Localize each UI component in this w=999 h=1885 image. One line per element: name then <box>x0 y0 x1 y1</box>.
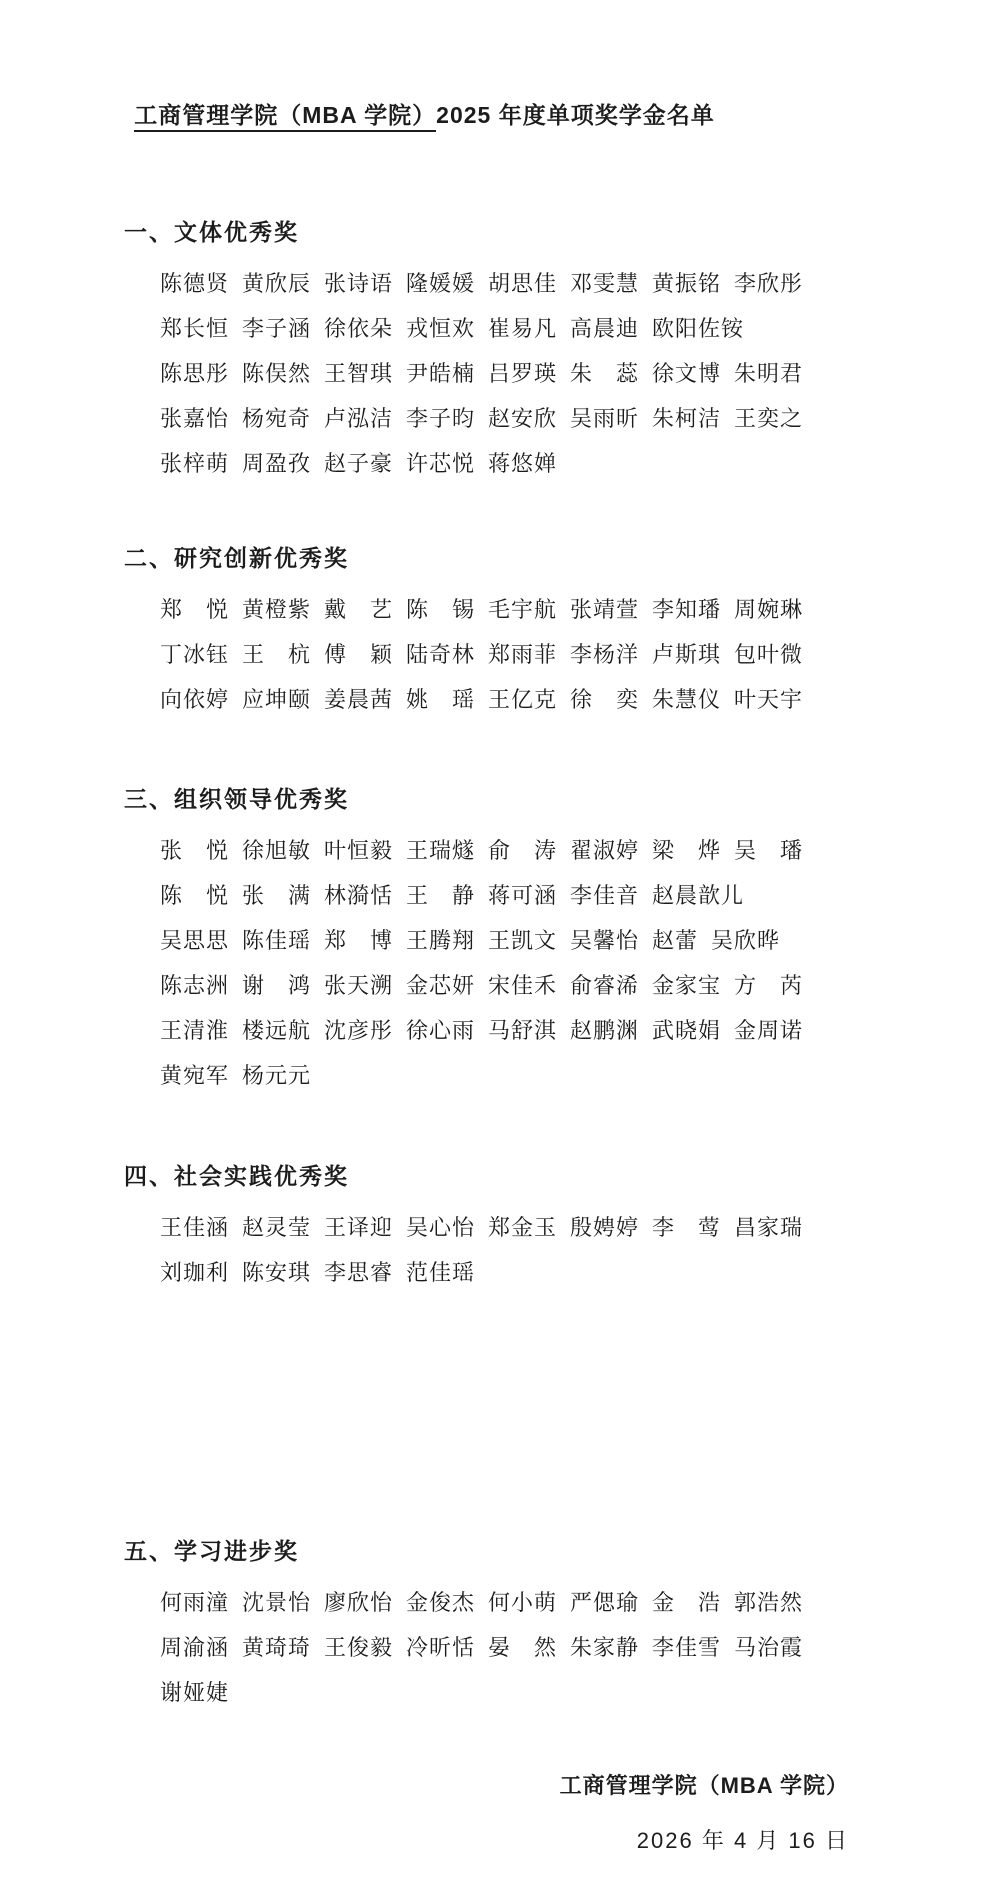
award-section: 五、学习进步奖何雨潼 沈景怡 廖欣怡 金俊杰 何小萌 严偲瑜 金 浩 郭浩然周渝… <box>0 1529 999 1715</box>
name-row: 张 悦 徐旭敏 叶恒毅 王瑞燧 俞 涛 翟淑婷 梁 烨 吴 璠 <box>0 828 999 873</box>
title-rest: 2025 年度单项奖学金名单 <box>436 102 715 128</box>
award-section: 一、文体优秀奖陈德贤 黄欣辰 张诗语 隆媛媛 胡思佳 邓雯慧 黄振铭 李欣彤郑长… <box>0 210 999 486</box>
name-row: 向依婷 应坤颐 姜晨茜 姚 瑶 王亿克 徐 奕 朱慧仪 叶天宇 <box>0 677 999 722</box>
name-row: 何雨潼 沈景怡 廖欣怡 金俊杰 何小萌 严偲瑜 金 浩 郭浩然 <box>0 1580 999 1625</box>
document-title: 工商管理学院（MBA 学院）2025 年度单项奖学金名单 <box>0 93 849 137</box>
title-underlined-part: 工商管理学院（MBA 学院） <box>134 102 436 132</box>
name-row: 陈思彤 陈俣然 王智琪 尹皓楠 吕罗瑛 朱 蕊 徐文博 朱明君 <box>0 351 999 396</box>
name-row: 陈 悦 张 满 林漪恬 王 静 蒋可涵 李佳音 赵晨歆儿 <box>0 873 999 918</box>
name-row: 谢娅婕 <box>0 1670 999 1715</box>
name-row: 郑长恒 李子涵 徐依朵 戎恒欢 崔易凡 高晨迪 欧阳佐铵 <box>0 306 999 351</box>
sections-container: 一、文体优秀奖陈德贤 黄欣辰 张诗语 隆媛媛 胡思佳 邓雯慧 黄振铭 李欣彤郑长… <box>0 210 999 1715</box>
name-row: 黄宛军 杨元元 <box>0 1053 999 1098</box>
section-heading: 四、社会实践优秀奖 <box>0 1154 999 1199</box>
name-row: 陈德贤 黄欣辰 张诗语 隆媛媛 胡思佳 邓雯慧 黄振铭 李欣彤 <box>0 261 999 306</box>
name-row: 张嘉怡 杨宛奇 卢泓洁 李子昀 赵安欣 吴雨昕 朱柯洁 王奕之 <box>0 396 999 441</box>
name-row: 刘珈利 陈安琪 李思睿 范佳瑶 <box>0 1250 999 1295</box>
section-heading: 五、学习进步奖 <box>0 1529 999 1574</box>
name-row: 丁冰钰 王 杭 傅 颖 陆奇林 郑雨菲 李杨洋 卢斯琪 包叶微 <box>0 632 999 677</box>
footer-signature: 工商管理学院（MBA 学院） <box>0 1763 849 1808</box>
award-section: 三、组织领导优秀奖张 悦 徐旭敏 叶恒毅 王瑞燧 俞 涛 翟淑婷 梁 烨 吴 璠… <box>0 777 999 1098</box>
footer-date: 2026 年 4 月 16 日 <box>0 1818 849 1863</box>
name-row: 张梓萌 周盈孜 赵子豪 许芯悦 蒋悠婵 <box>0 441 999 486</box>
name-row: 郑 悦 黄橙紫 戴 艺 陈 锡 毛宇航 张靖萱 李知璠 周婉琳 <box>0 587 999 632</box>
section-heading: 三、组织领导优秀奖 <box>0 777 999 822</box>
award-section: 二、研究创新优秀奖郑 悦 黄橙紫 戴 艺 陈 锡 毛宇航 张靖萱 李知璠 周婉琳… <box>0 536 999 722</box>
name-row: 陈志洲 谢 鸿 张天溯 金芯妍 宋佳禾 俞睿浠 金家宝 方 芮 <box>0 963 999 1008</box>
award-section: 四、社会实践优秀奖王佳涵 赵灵莹 王译迎 吴心怡 郑金玉 殷娉婷 李 莺 昌家瑞… <box>0 1154 999 1295</box>
name-row: 周渝涵 黄琦琦 王俊毅 冷昕恬 晏 然 朱家静 李佳雪 马治霞 <box>0 1625 999 1670</box>
name-row: 王清淮 楼远航 沈彦彤 徐心雨 马舒淇 赵鹏渊 武晓娟 金周诺 <box>0 1008 999 1053</box>
document-footer: 工商管理学院（MBA 学院） 2026 年 4 月 16 日 <box>0 1763 999 1863</box>
name-row: 吴思思 陈佳瑶 郑 博 王腾翔 王凯文 吴馨怡 赵蕾 吴欣晔 <box>0 918 999 963</box>
section-heading: 一、文体优秀奖 <box>0 210 999 255</box>
section-heading: 二、研究创新优秀奖 <box>0 536 999 581</box>
name-row: 王佳涵 赵灵莹 王译迎 吴心怡 郑金玉 殷娉婷 李 莺 昌家瑞 <box>0 1205 999 1250</box>
document-page: 工商管理学院（MBA 学院）2025 年度单项奖学金名单 一、文体优秀奖陈德贤 … <box>0 0 999 1885</box>
